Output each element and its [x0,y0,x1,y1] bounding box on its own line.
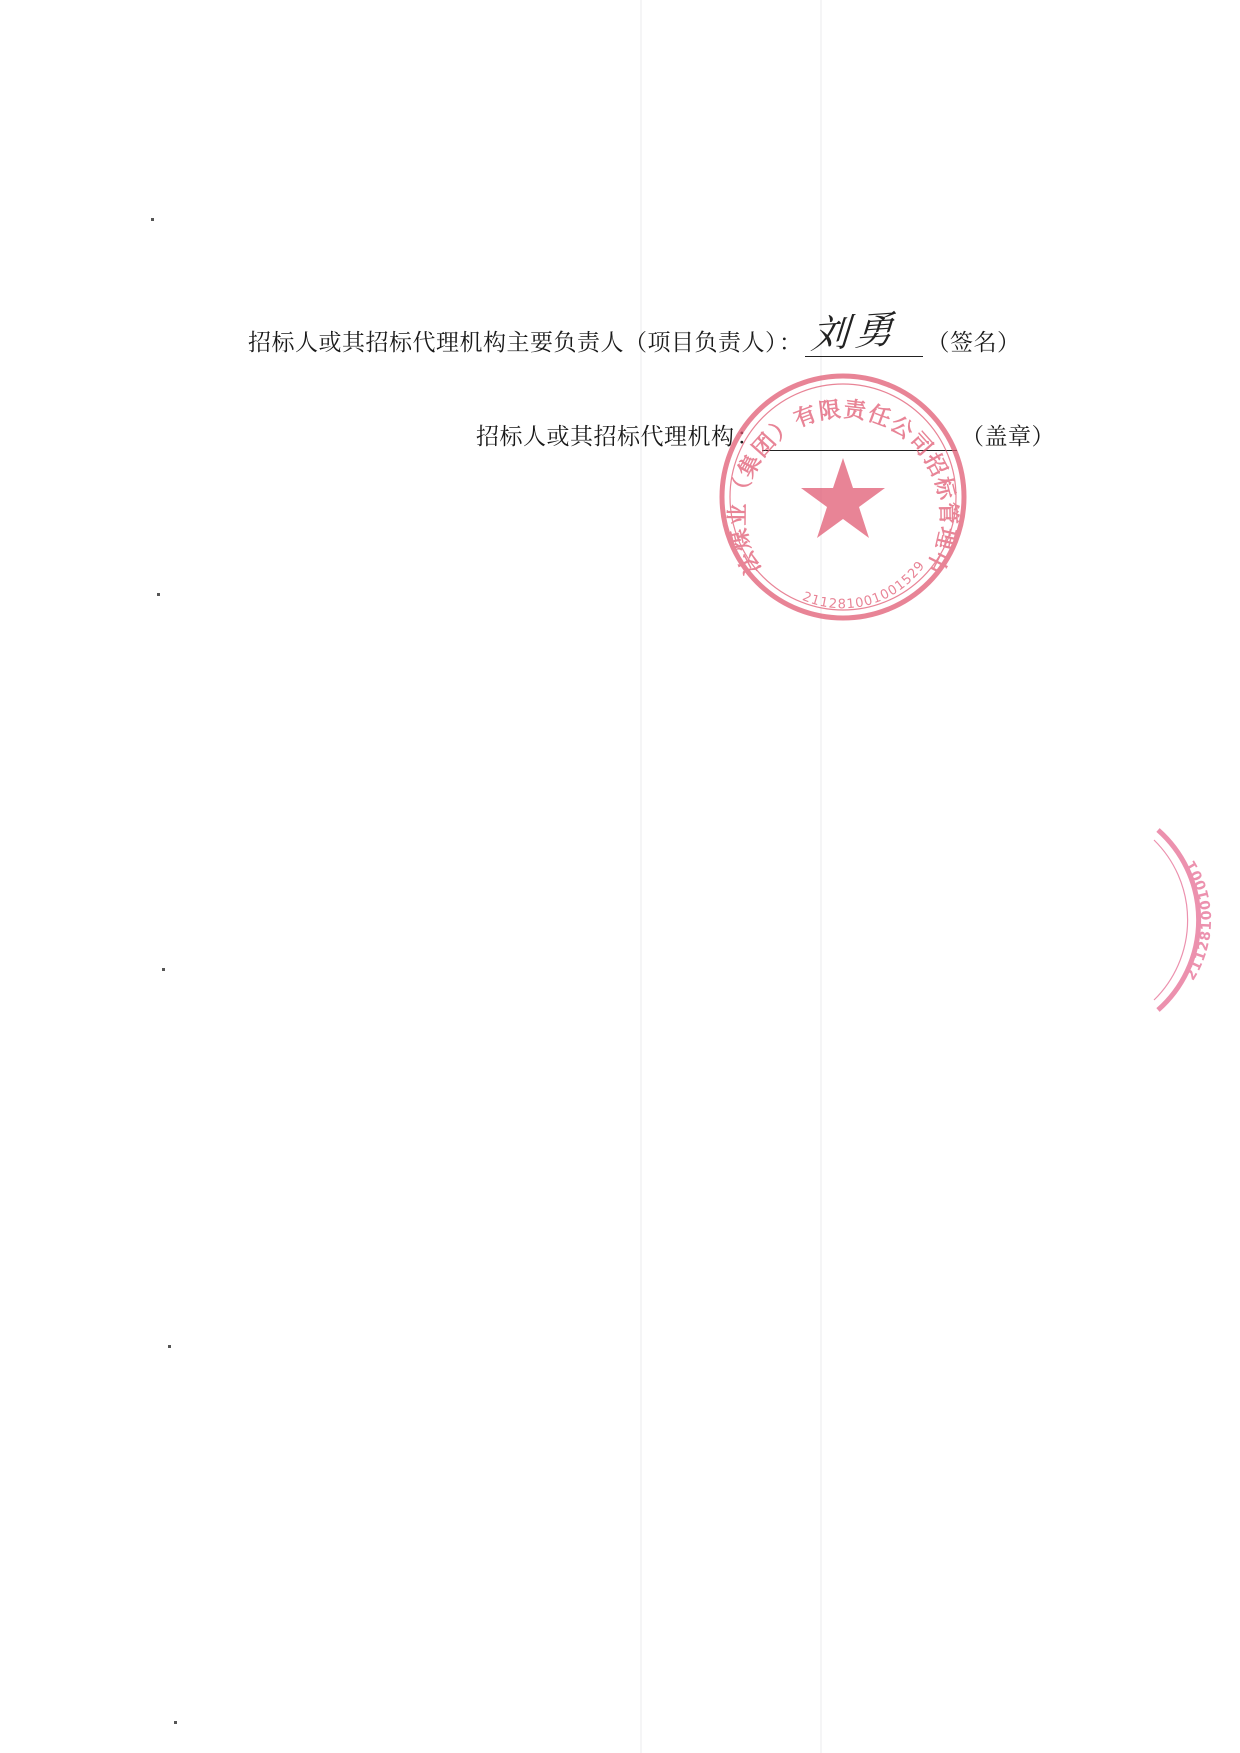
scan-artifact [640,0,642,1753]
colon: ： [779,330,803,356]
official-seal: 铁法煤业（集团）有限责任公司招标管理中心 211281001001529 [716,370,970,624]
margin-mark [168,1345,171,1348]
handwritten-signature: 刘勇 [809,309,900,355]
signature-field[interactable]: 刘勇 [805,328,923,357]
signature-label: 招标人或其招标代理机构主要负责人（项目负责人） [248,330,777,356]
margin-mark [157,593,160,596]
seal-code: 211281001001529 [800,558,928,612]
margin-mark [162,968,165,971]
partial-seal: 211281001001 [1140,815,1240,1025]
star-icon [801,458,885,538]
margin-mark [174,1721,177,1724]
margin-mark [151,218,154,221]
seal-label: 招标人或其招标代理机构 [476,424,735,450]
svg-text:211281001001529: 211281001001529 [800,558,928,612]
signature-line: 招标人或其招标代理机构主要负责人（项目负责人）：刘勇（签名） [248,328,1021,357]
signature-suffix: （签名） [927,330,1021,356]
seal-suffix: （盖章） [961,424,1055,450]
scan-artifact [820,0,822,1753]
